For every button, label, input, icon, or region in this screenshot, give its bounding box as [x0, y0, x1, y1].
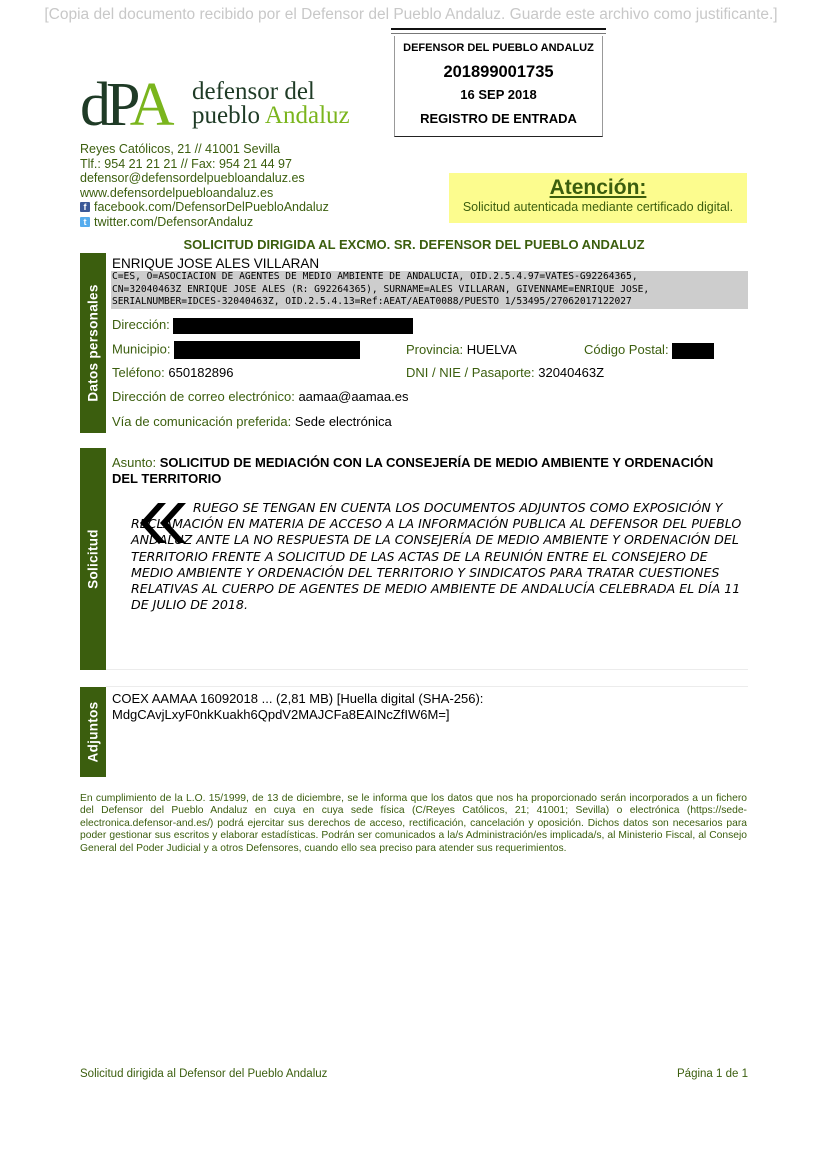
certificate-details: C=ES, O=ASOCIACION DE AGENTES DE MEDIO A… [111, 271, 748, 309]
registry-type: REGISTRO DE ENTRADA [395, 111, 602, 126]
facebook-icon: f [80, 202, 90, 212]
contact-web[interactable]: www.defensordelpuebloandaluz.es [80, 186, 329, 201]
field-direccion: Dirección: [112, 317, 413, 334]
dpa-logo-mark: dPA [80, 72, 170, 138]
attachment-hash: MdgCAvjLxyF0nkKuakh6QpdV2MAJCFa8EAINcZfI… [112, 707, 483, 723]
contact-facebook[interactable]: ffacebook.com/DefensorDelPuebloAndaluz [80, 200, 329, 215]
contact-info: Reyes Católicos, 21 // 41001 Sevilla Tlf… [80, 142, 329, 229]
section-divider [106, 669, 748, 670]
request-subject: Asunto: SOLICITUD DE MEDIACIÓN CON LA CO… [112, 455, 732, 487]
field-municipio: Municipio: [112, 341, 360, 359]
copy-notice-banner: [Copia del documento recibido por el Def… [0, 6, 822, 24]
redacted-direccion [173, 318, 413, 334]
field-via-comunicacion: Vía de comunicación preferida: Sede elec… [112, 414, 392, 429]
request-body: RUEGO SE TENGAN EN CUENTA LOS DOCUMENTOS… [131, 500, 743, 613]
banner-divider [391, 28, 606, 30]
legal-notice: En cumplimiento de la L.O. 15/1999, de 1… [80, 793, 747, 855]
redacted-municipio [174, 341, 360, 359]
registry-stamp: DEFENSOR DEL PUEBLO ANDALUZ 201899001735… [394, 36, 603, 137]
section-label-adjuntos: Adjuntos [80, 687, 106, 777]
contact-phone: Tlf.: 954 21 21 21 // Fax: 954 21 44 97 [80, 157, 329, 172]
page-number: Página 1 de 1 [677, 1068, 748, 1080]
redacted-codigo-postal [672, 343, 714, 359]
applicant-name: ENRIQUE JOSE ALES VILLARAN [112, 256, 319, 271]
twitter-icon: t [80, 217, 90, 227]
section-label-solicitud: Solicitud [80, 448, 106, 670]
banner-divider-thin [391, 33, 606, 34]
contact-twitter[interactable]: ttwitter.com/DefensorAndaluz [80, 215, 329, 230]
logo-wordmark: defensor del pueblo Andaluz [192, 80, 350, 128]
stamp-org: DEFENSOR DEL PUEBLO ANDALUZ [395, 42, 602, 54]
attention-text: Solicitud autenticada mediante certifica… [449, 200, 747, 214]
field-email: Dirección de correo electrónico: aamaa@a… [112, 389, 408, 404]
contact-email[interactable]: defensor@defensordelpuebloandaluz.es [80, 171, 329, 186]
document-title: SOLICITUD DIRIGIDA AL EXCMO. SR. DEFENSO… [80, 237, 748, 252]
attention-notice: Atención: Solicitud autenticada mediante… [449, 173, 747, 223]
registry-number: 201899001735 [395, 63, 602, 82]
field-provincia: Provincia: HUELVA [406, 342, 517, 357]
contact-address: Reyes Católicos, 21 // 41001 Sevilla [80, 142, 329, 157]
attachment-item[interactable]: COEX AAMAA 16092018 ... (2,81 MB) [Huell… [112, 691, 483, 723]
attachment-name[interactable]: COEX AAMAA 16092018 ... (2,81 MB) [Huell… [112, 691, 483, 707]
section-label-personal: Datos personales [80, 253, 106, 433]
field-dni: DNI / NIE / Pasaporte: 32040463Z [406, 365, 604, 380]
attention-title: Atención: [449, 175, 747, 200]
registry-date: 16 SEP 2018 [395, 87, 602, 102]
field-codigo-postal: Código Postal: [584, 342, 714, 359]
dpa-logo: dPA defensor del pueblo Andaluz [80, 78, 380, 138]
footer-title: Solicitud dirigida al Defensor del Puebl… [80, 1068, 327, 1080]
section-divider [106, 686, 748, 687]
field-telefono: Teléfono: 650182896 [112, 365, 233, 380]
